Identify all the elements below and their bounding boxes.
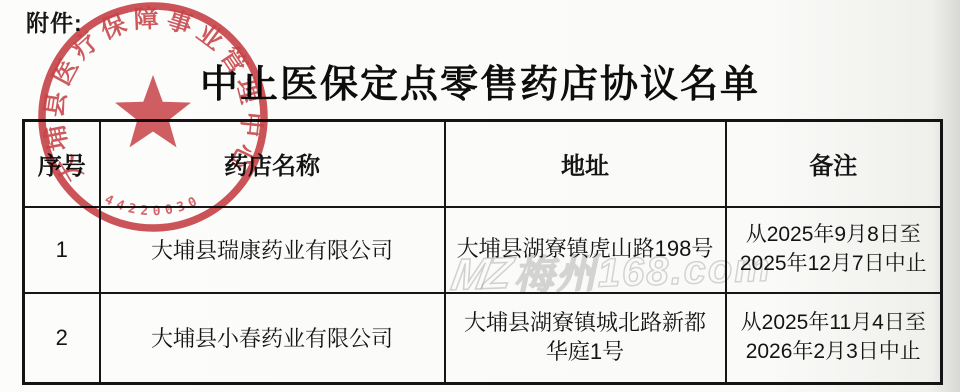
header-no: 序号: [24, 121, 100, 207]
scanned-document-page: 附件: 中止医保定点零售药店协议名单 MZ 梅州168.com 序号 药店名称 …: [0, 0, 960, 392]
cell-no: 1: [24, 207, 100, 293]
cell-pharmacy-name: 大埔县小春药业有限公司: [100, 293, 445, 384]
attachment-label: 附件:: [26, 5, 83, 38]
cell-address: 大埔县湖寮镇虎山路198号: [445, 207, 726, 293]
header-address: 地址: [445, 121, 726, 207]
header-remark: 备注: [726, 121, 942, 207]
cell-remark: 从2025年9月8日至2025年12月7日中止: [726, 207, 942, 293]
header-pharmacy-name: 药店名称: [100, 121, 445, 207]
pharmacy-table: 序号 药店名称 地址 备注 1 大埔县瑞康药业有限公司 大埔县湖寮镇虎山路198…: [22, 119, 943, 385]
cell-remark: 从2025年11月4日至2026年2月3日中止: [726, 293, 942, 384]
table-row: 2 大埔县小春药业有限公司 大埔县湖寮镇城北路新都华庭1号 从2025年11月4…: [24, 293, 942, 384]
page-title: 中止医保定点零售药店协议名单: [0, 53, 960, 108]
table-header-row: 序号 药店名称 地址 备注: [24, 121, 942, 207]
table-row: 1 大埔县瑞康药业有限公司 大埔县湖寮镇虎山路198号 从2025年9月8日至2…: [24, 207, 942, 293]
cell-address: 大埔县湖寮镇城北路新都华庭1号: [445, 293, 726, 384]
cell-pharmacy-name: 大埔县瑞康药业有限公司: [100, 207, 445, 293]
cell-no: 2: [24, 293, 100, 384]
